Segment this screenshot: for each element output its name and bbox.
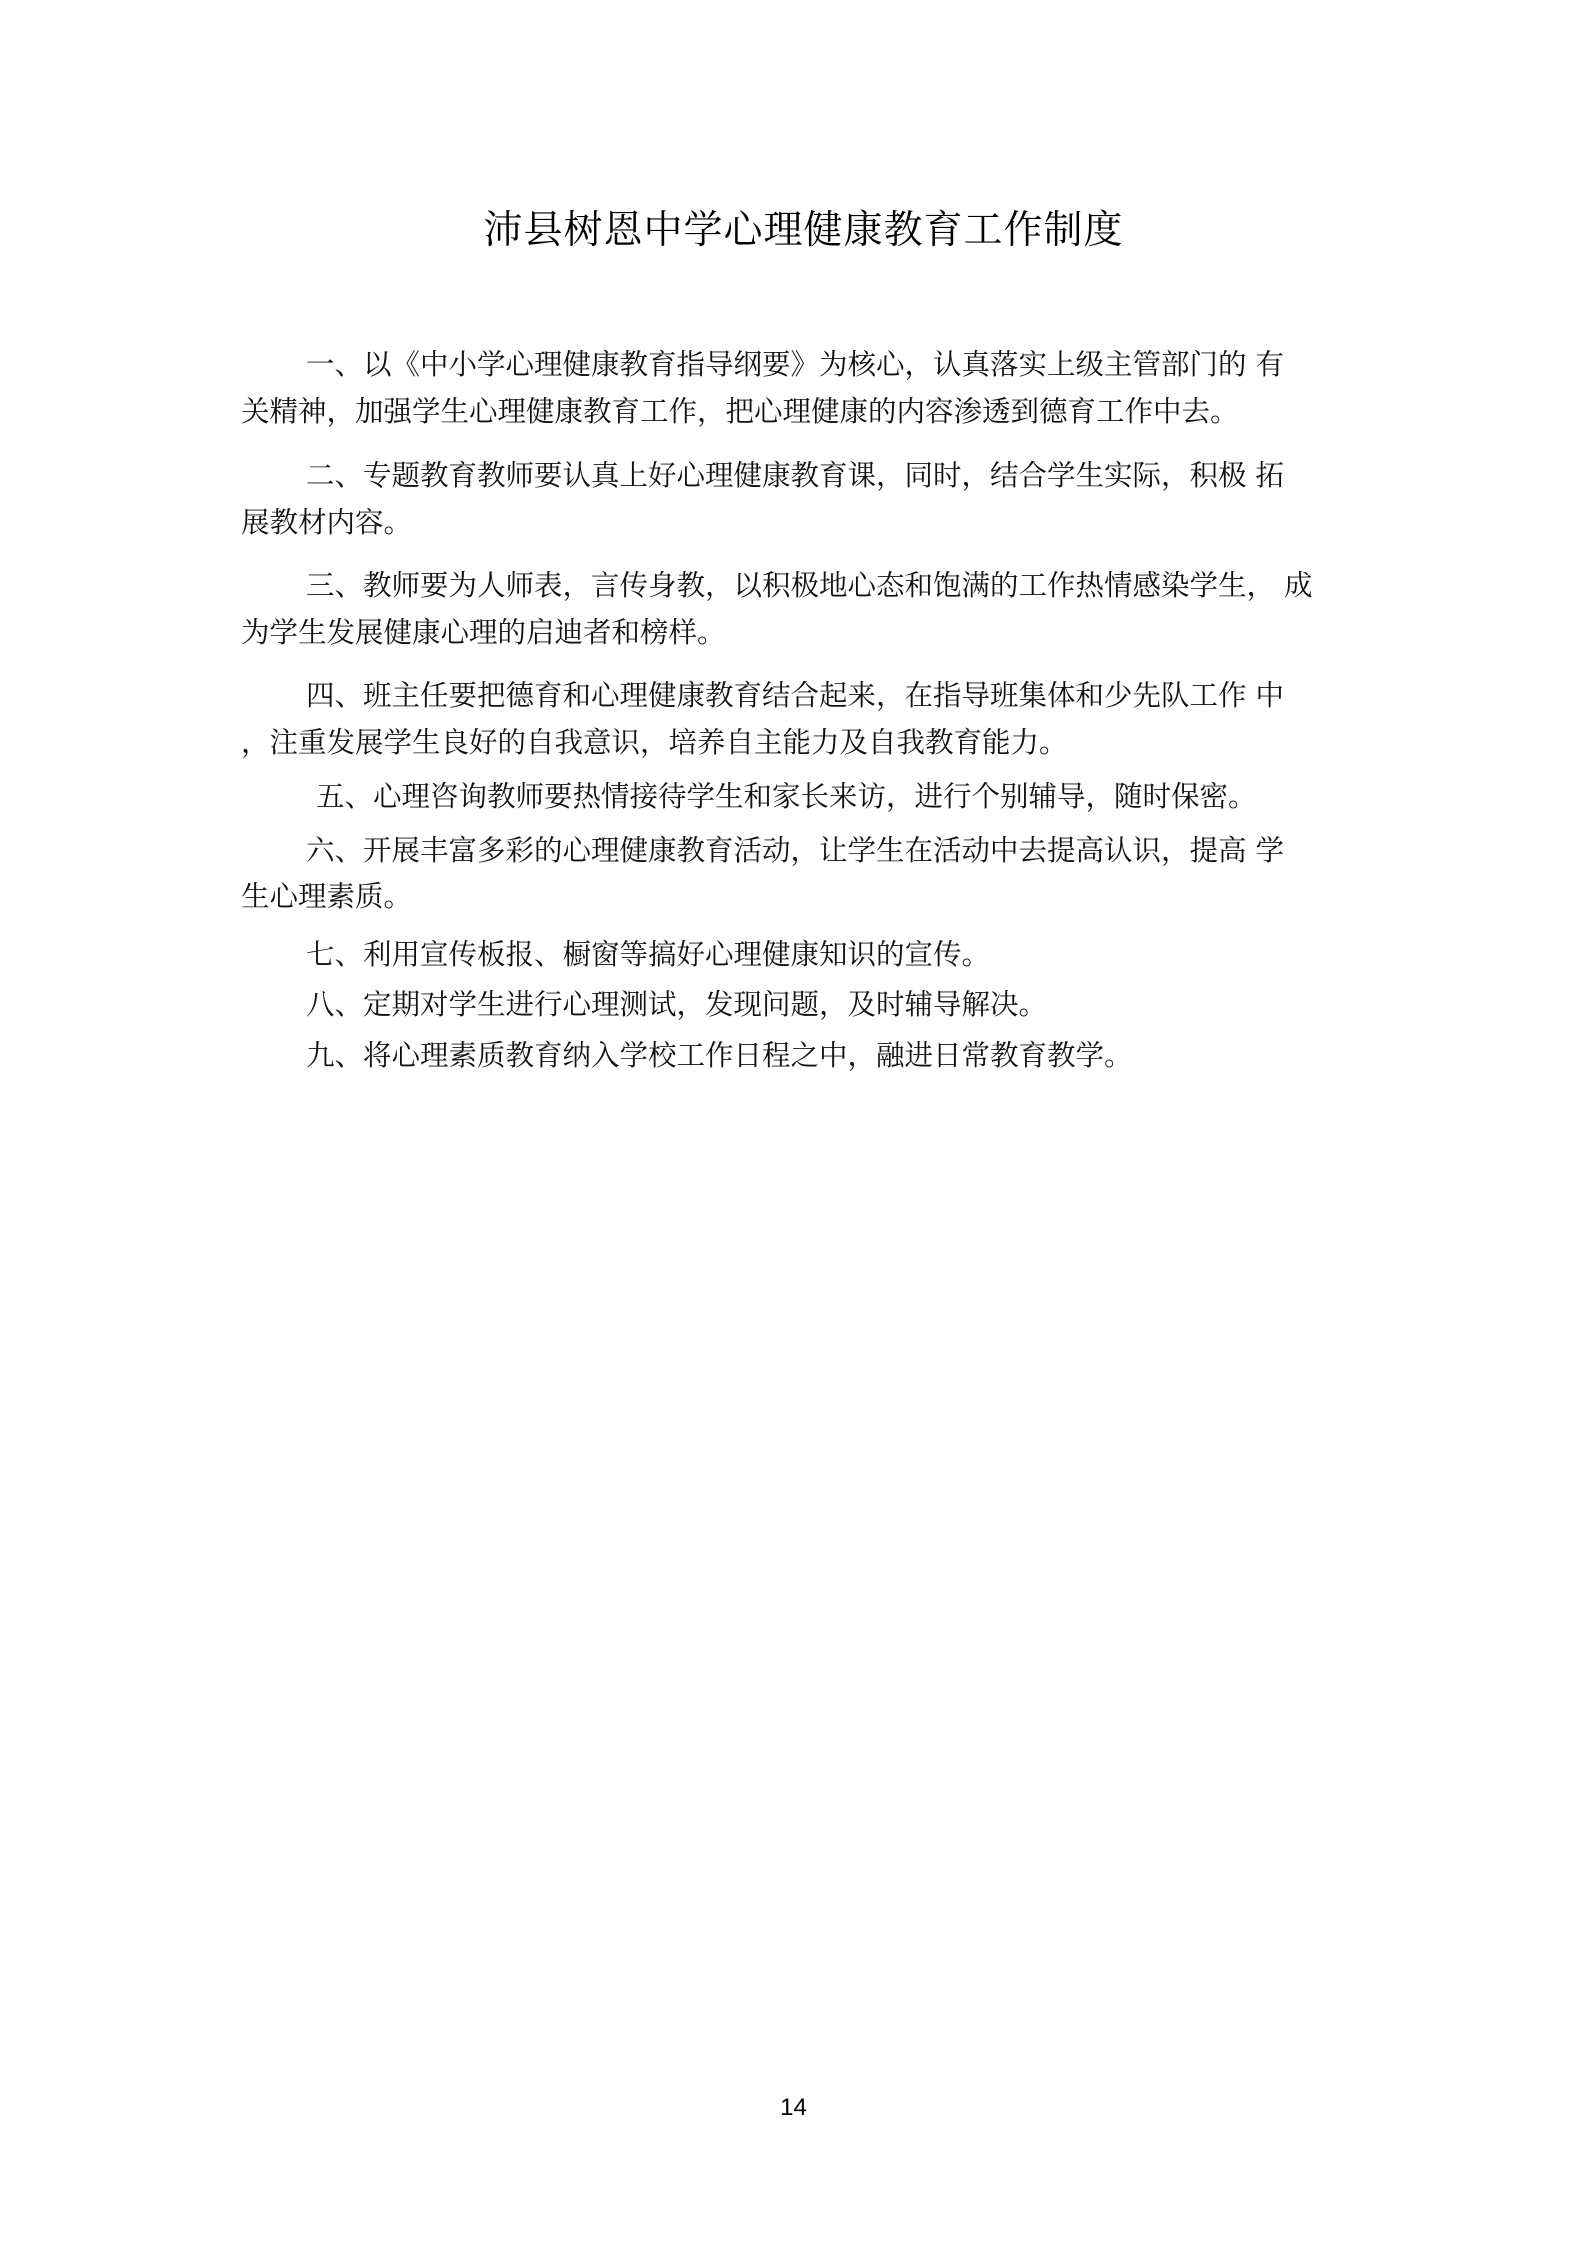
paragraph-line: 六、开展丰富多彩的心理健康教育活动，让学生在活动中去提高认识，提高 学: [306, 831, 1284, 871]
paragraph-line: 五、心理咨询教师要热情接待学生和家长来访，进行个别辅导，随时保密。: [316, 777, 1257, 817]
paragraph-line: 四、班主任要把德育和心理健康教育结合起来，在指导班集体和少先队工作 中: [306, 676, 1284, 716]
paragraph-line: 七、利用宣传板报、橱窗等搞好心理健康知识的宣传。: [306, 935, 990, 975]
paragraph-line: 八、定期对学生进行心理测试，发现问题，及时辅导解决。: [306, 985, 1047, 1025]
paragraph-line: 展教材内容。: [241, 503, 412, 543]
paragraph-line: 三、教师要为人师表，言传身教，以积极地心态和饱满的工作热情感染学生， 成: [306, 566, 1313, 606]
document-page: 沛县树恩中学心理健康教育工作制度 一、以《中小学心理健康教育指导纲要》为核心，认…: [0, 0, 1587, 2245]
paragraph-line: 一、以《中小学心理健康教育指导纲要》为核心，认真落实上级主管部门的 有: [306, 345, 1284, 385]
paragraph-line: ，注重发展学生良好的自我意识，培养自主能力及自我教育能力。: [241, 723, 1068, 763]
paragraph-line: 关精神，加强学生心理健康教育工作，把心理健康的内容渗透到德育工作中去。: [241, 392, 1239, 432]
paragraph-line: 九、将心理素质教育纳入学校工作日程之中，融进日常教育教学。: [306, 1036, 1133, 1076]
paragraph-line: 二、专题教育教师要认真上好心理健康教育课，同时，结合学生实际，积极 拓: [306, 456, 1284, 496]
paragraph-line: 为学生发展健康心理的启迪者和榜样。: [241, 613, 726, 653]
page-number: 14: [0, 2093, 1587, 2123]
paragraph-line: 生心理素质。: [241, 877, 412, 917]
document-title: 沛县树恩中学心理健康教育工作制度: [0, 206, 1587, 256]
